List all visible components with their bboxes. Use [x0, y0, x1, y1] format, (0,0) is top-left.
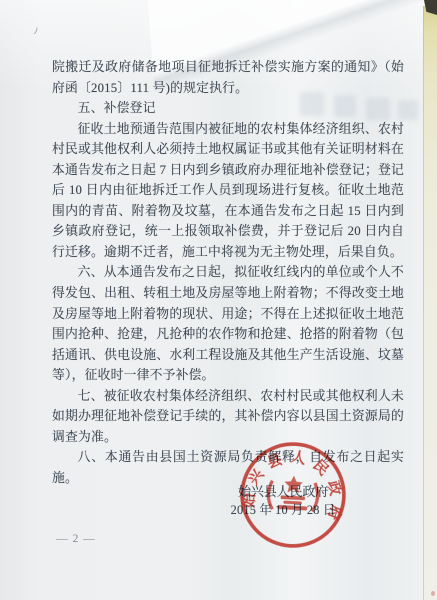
section-6: 六、从本通告发布之日起，拟征收红线内的单位或个人不得发包、出租、转租土地及房屋等… — [52, 262, 404, 385]
section-heading-5: 五、补偿登记 — [52, 98, 404, 119]
document-body: 院搬迁及政府储备地项目征地拆迁补偿实施方案的通知》（始府函〔2015〕111 号… — [52, 57, 404, 488]
scan-speck-bottom-right — [431, 591, 435, 596]
scan-edge-strip — [423, 6, 437, 600]
section-5-body: 征收土地预通告范围内被征地的农村集体经济组织、农村村民或其他权利人必须持土地权属… — [52, 119, 404, 263]
section-7: 七、被征收农村集体经济组织、农村村民或其他权利人未如期办理征地补偿登记手续的，其… — [52, 386, 404, 448]
signature-organization: 始兴县人民政府 — [222, 481, 344, 500]
page-number: — 2 — — [54, 533, 98, 545]
paragraph-continuation: 院搬迁及政府储备地项目征地拆迁补偿实施方案的通知》（始府函〔2015〕111 号… — [52, 57, 404, 98]
scanned-document-page: 院搬迁及政府储备地项目征地拆迁补偿实施方案的通知》（始府函〔2015〕111 号… — [0, 0, 437, 600]
scan-speck — [30, 25, 39, 35]
signature-date: 2015 年 10 月 28 日 — [214, 500, 352, 518]
